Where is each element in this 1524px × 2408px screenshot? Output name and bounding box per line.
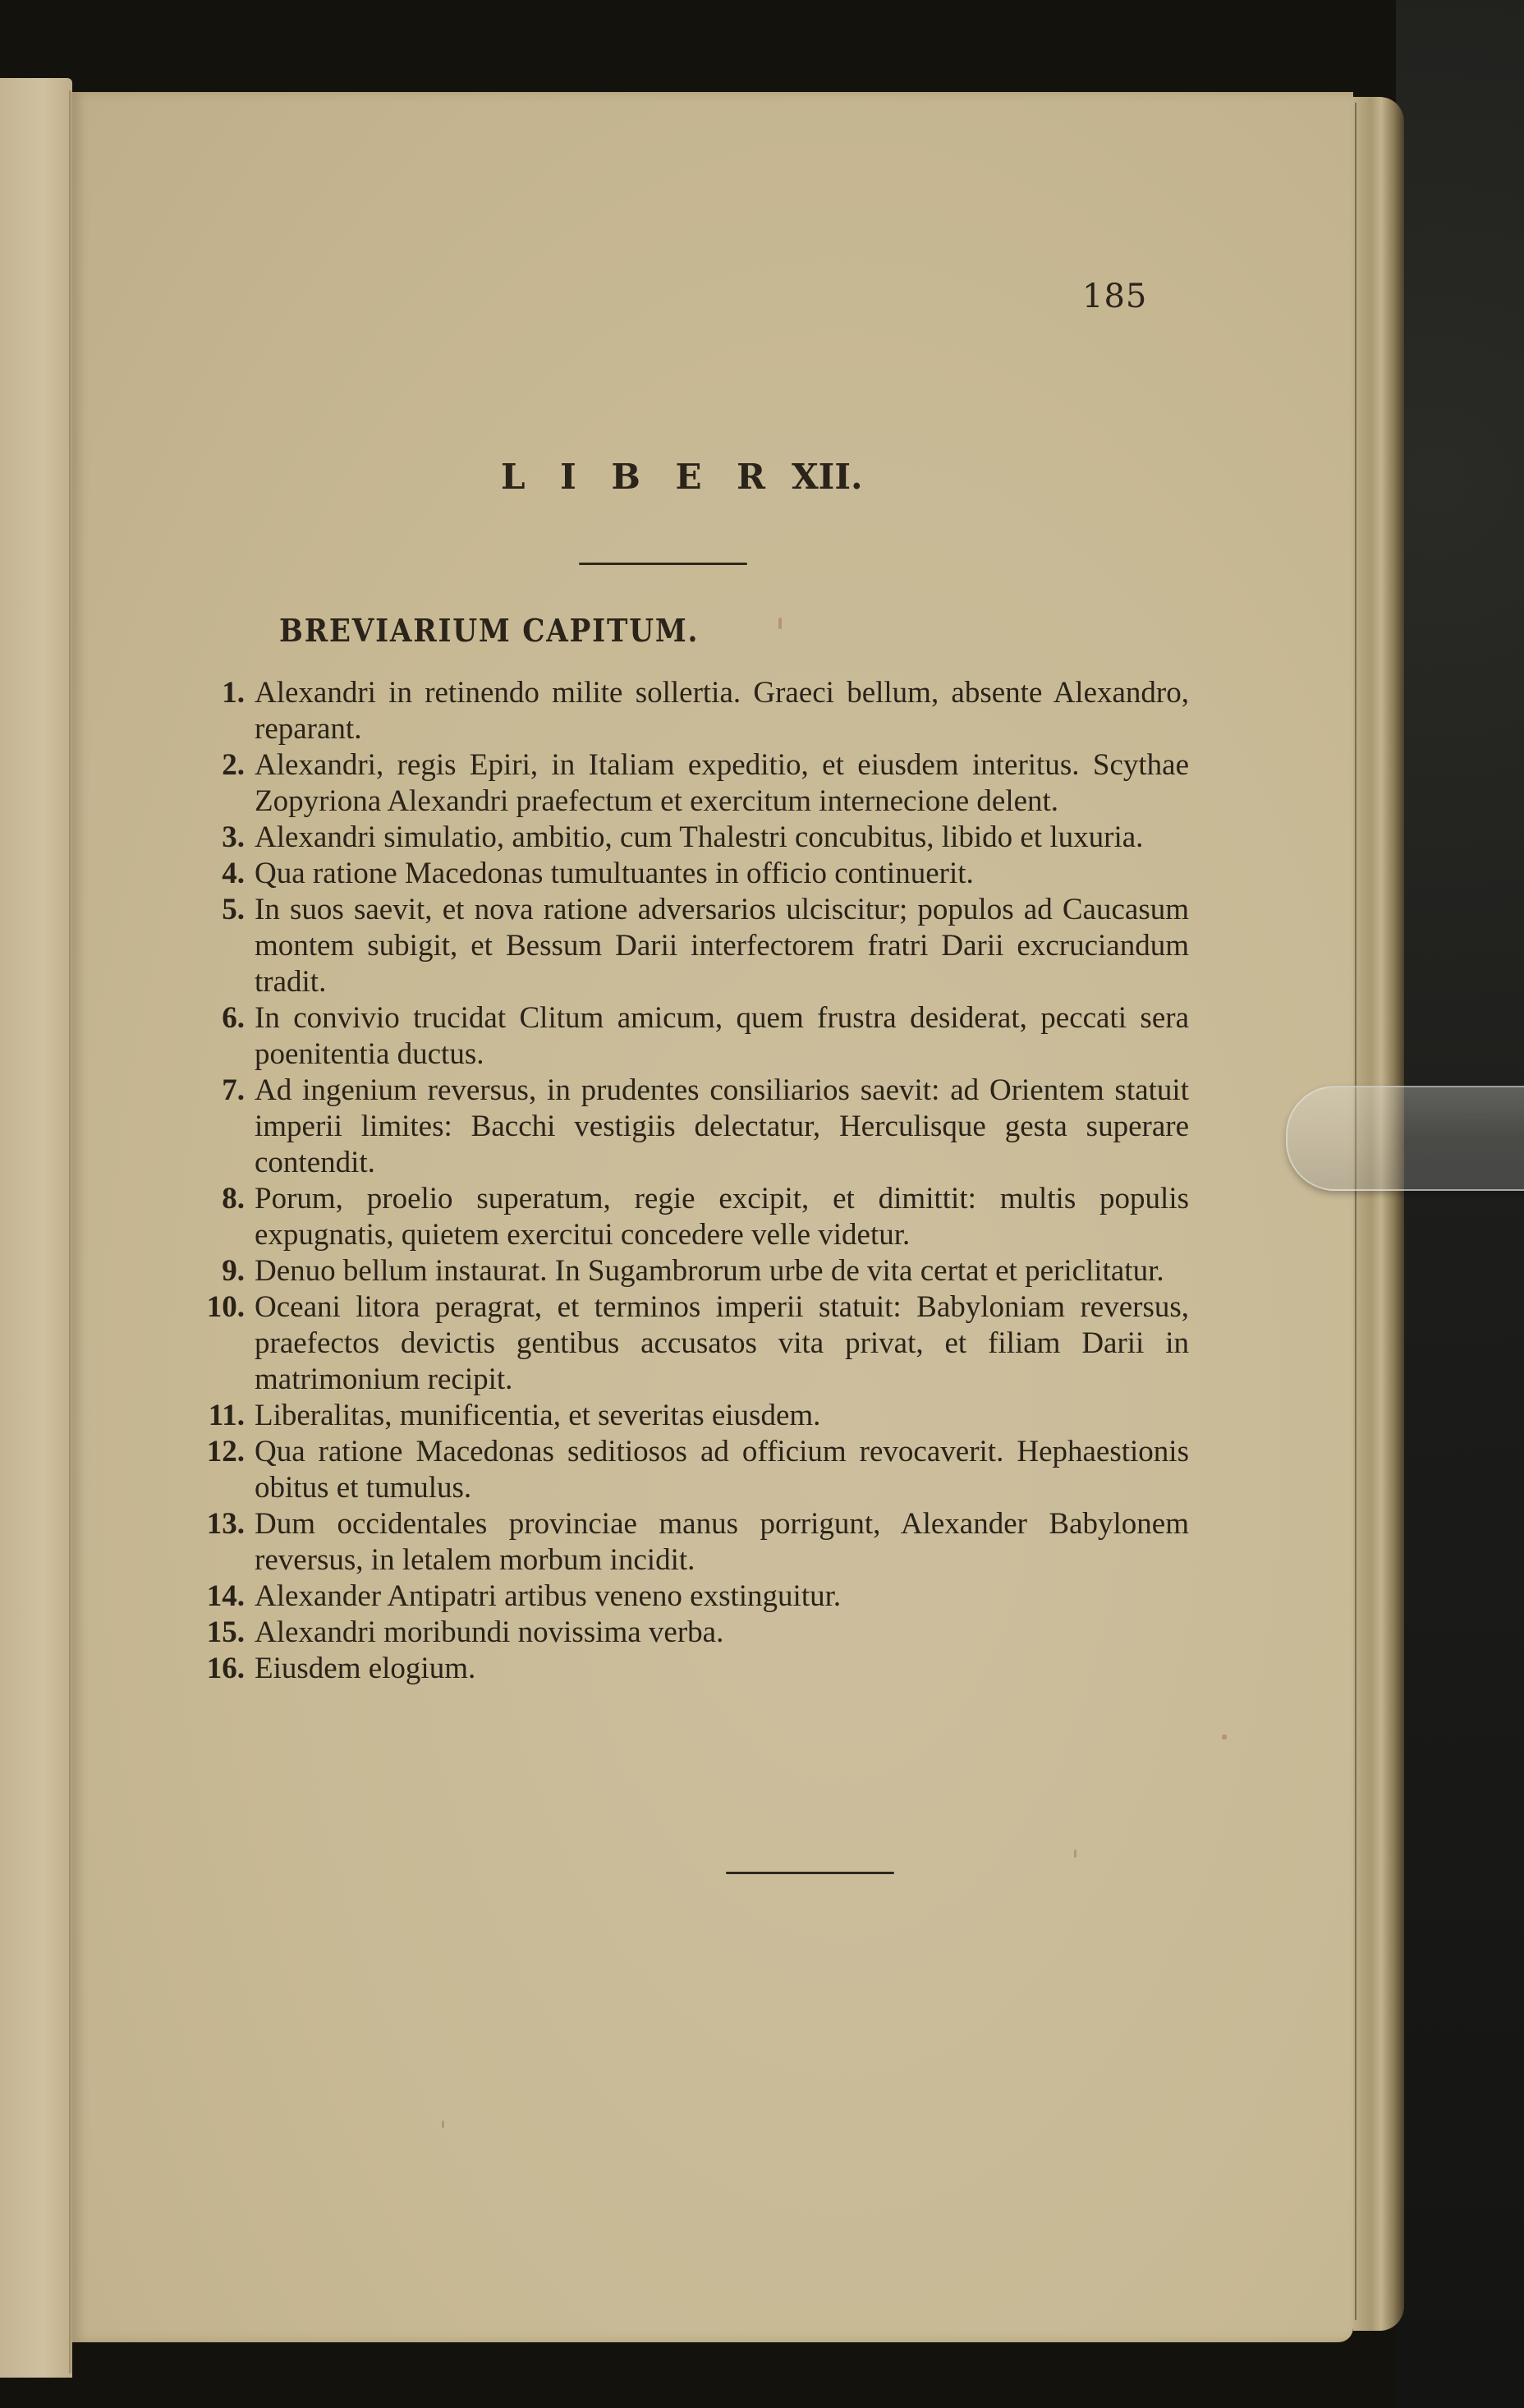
chapter-entry: 6. In convivio trucidat Clitum amicum, q… xyxy=(187,1000,1189,1073)
chapter-number: 5. xyxy=(187,892,245,928)
chapter-entry: 4. Qua ratione Macedonas tumultuantes in… xyxy=(187,856,1189,892)
paper-speck xyxy=(778,618,782,629)
left-facing-page-edge xyxy=(0,78,72,2378)
chapter-number: 15. xyxy=(187,1615,245,1651)
paper-speck xyxy=(442,2121,444,2128)
scanned-book-page: 185 L I B E RXII. BREVIARIUM CAPITUM. 1.… xyxy=(0,0,1524,2408)
chapter-summary: Alexandri, regis Epiri, in Italiam exped… xyxy=(255,747,1189,820)
book-title-word: L I B E R xyxy=(501,457,777,497)
chapter-number: 16. xyxy=(187,1651,245,1687)
chapter-entry: 14. Alexander Antipatri artibus veneno e… xyxy=(187,1579,1189,1615)
closing-divider-rule xyxy=(726,1872,894,1874)
chapter-entry: 13. Dum occidentales provinciae manus po… xyxy=(187,1506,1189,1579)
chapter-summary: Qua ratione Macedonas tumultuantes in of… xyxy=(255,856,1189,892)
chapter-number: 9. xyxy=(187,1253,245,1289)
chapter-summary: Qua ratione Macedonas seditiosos ad offi… xyxy=(255,1434,1189,1506)
chapter-number: 13. xyxy=(187,1506,245,1542)
chapter-entry: 5. In suos saevit, et nova ratione adver… xyxy=(187,892,1189,1000)
chapter-number: 8. xyxy=(187,1181,245,1217)
chapter-entry: 15. Alexandri moribundi novissima verba. xyxy=(187,1615,1189,1651)
chapter-summary: Ad ingenium reversus, in prudentes consi… xyxy=(255,1073,1189,1181)
page-holder-clip xyxy=(1286,1086,1524,1191)
chapter-number: 12. xyxy=(187,1434,245,1470)
chapter-summary: In suos saevit, et nova ratione adversar… xyxy=(255,892,1189,1000)
chapter-entry: 1. Alexandri in retinendo milite sollert… xyxy=(187,675,1189,747)
chapter-entry: 8. Porum, proelio superatum, regie excip… xyxy=(187,1181,1189,1253)
chapter-number: 3. xyxy=(187,820,245,856)
chapter-summary: Alexandri simulatio, ambitio, cum Thales… xyxy=(255,820,1189,856)
chapter-number: 6. xyxy=(187,1000,245,1036)
title-divider-rule xyxy=(579,563,747,565)
paper-speck xyxy=(1074,1850,1076,1858)
fore-edge-line xyxy=(1355,103,1356,2320)
chapter-entry: 11. Liberalitas, munificentia, et severi… xyxy=(187,1398,1189,1434)
chapter-number: 14. xyxy=(187,1579,245,1615)
chapter-summary: Denuo bellum instaurat. In Sugambrorum u… xyxy=(255,1253,1189,1289)
chapter-entry: 3. Alexandri simulatio, ambitio, cum Tha… xyxy=(187,820,1189,856)
chapter-number: 10. xyxy=(187,1289,245,1326)
chapter-number: 7. xyxy=(187,1073,245,1109)
chapter-number: 1. xyxy=(187,675,245,711)
chapter-summary: Dum occidentales provinciae manus porrig… xyxy=(255,1506,1189,1579)
chapter-summary-list: 1. Alexandri in retinendo milite sollert… xyxy=(187,675,1189,1687)
book-title-roman-numeral: XII. xyxy=(792,457,863,497)
chapter-number: 11. xyxy=(187,1398,245,1434)
chapter-summary: Oceani litora peragrat, et terminos impe… xyxy=(255,1289,1189,1398)
dark-backdrop xyxy=(1396,0,1524,2408)
chapter-summary: Alexander Antipatri artibus veneno exsti… xyxy=(255,1579,1189,1615)
chapter-entry: 2. Alexandri, regis Epiri, in Italiam ex… xyxy=(187,747,1189,820)
chapter-entry: 7. Ad ingenium reversus, in prudentes co… xyxy=(187,1073,1189,1181)
chapter-entry: 16. Eiusdem elogium. xyxy=(187,1651,1189,1687)
section-heading: BREVIARIUM CAPITUM. xyxy=(279,612,699,649)
chapter-entry: 9. Denuo bellum instaurat. In Sugambroru… xyxy=(187,1253,1189,1289)
paper-speck xyxy=(1222,1735,1227,1739)
chapter-entry: 12. Qua ratione Macedonas seditiosos ad … xyxy=(187,1434,1189,1506)
book-title: L I B E RXII. xyxy=(501,457,1076,497)
chapter-number: 4. xyxy=(187,856,245,892)
page-number: 185 xyxy=(1082,278,1147,315)
chapter-summary: In convivio trucidat Clitum amicum, quem… xyxy=(255,1000,1189,1073)
chapter-summary: Eiusdem elogium. xyxy=(255,1651,1189,1687)
chapter-summary: Porum, proelio superatum, regie excipit,… xyxy=(255,1181,1189,1253)
chapter-summary: Alexandri moribundi novissima verba. xyxy=(255,1615,1189,1651)
chapter-summary: Liberalitas, munificentia, et severitas … xyxy=(255,1398,1189,1434)
chapter-number: 2. xyxy=(187,747,245,784)
page-fore-edge xyxy=(1353,97,1404,2331)
chapter-summary: Alexandri in retinendo milite sollertia.… xyxy=(255,675,1189,747)
chapter-entry: 10. Oceani litora peragrat, et terminos … xyxy=(187,1289,1189,1398)
